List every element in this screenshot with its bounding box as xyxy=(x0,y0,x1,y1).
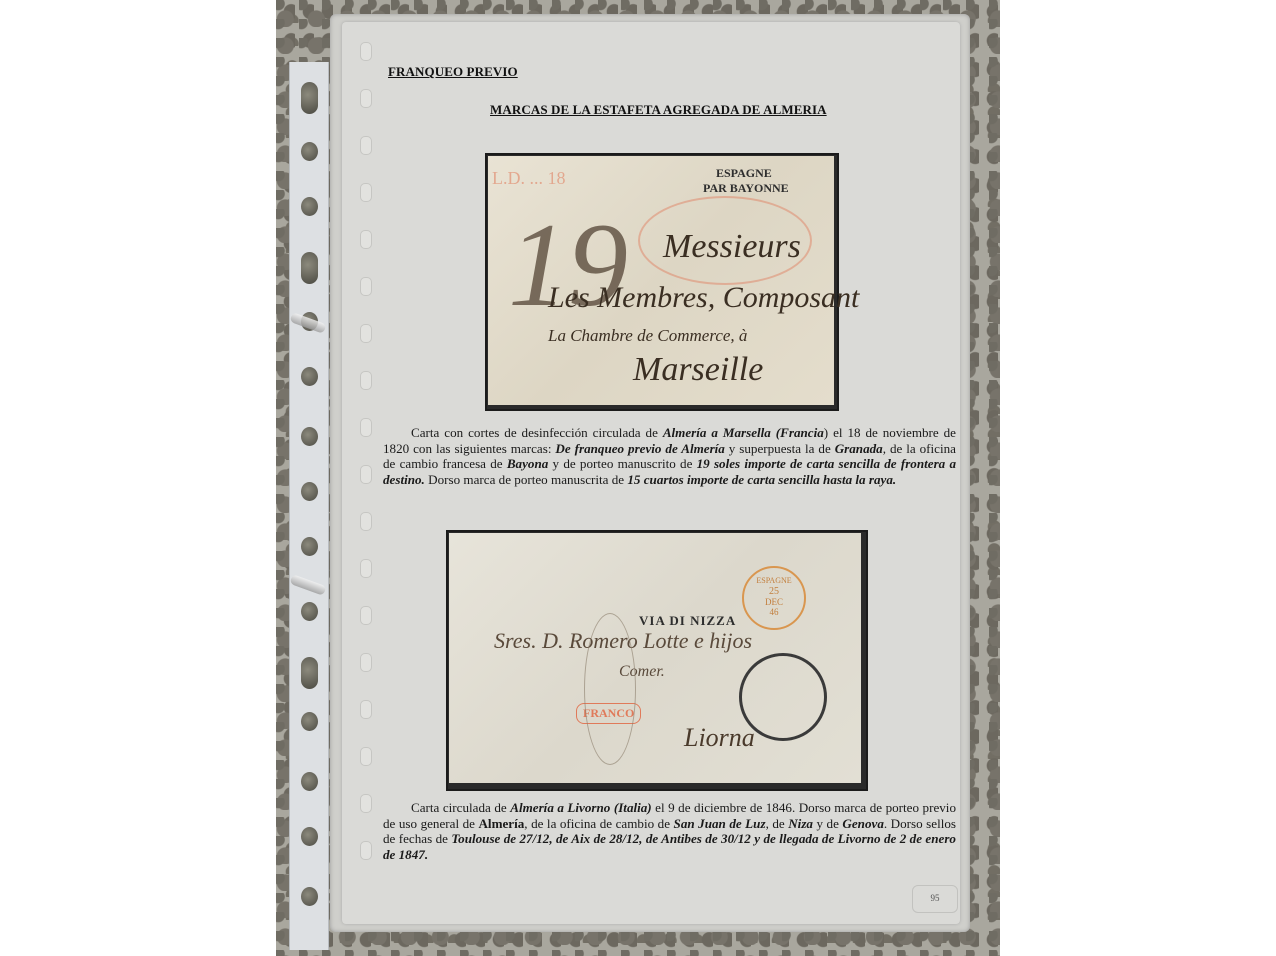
binder-hole xyxy=(301,887,318,906)
binder-hole xyxy=(301,252,318,284)
black-stamp-via-nizza: VIA DI NIZZA xyxy=(639,613,736,629)
punch-slot xyxy=(360,324,372,343)
binder-hole xyxy=(301,537,318,556)
punch-slot xyxy=(360,89,372,108)
binder-hole xyxy=(301,427,318,446)
binder-hole xyxy=(301,712,318,731)
punch-slot xyxy=(360,136,372,155)
address-line: Messieurs xyxy=(663,228,801,266)
cover-description-2: Carta circulada de Almería a Livorno (It… xyxy=(383,800,956,862)
cover-image-2: ESPAGNE 25 DEC 46 VIA DI NIZZA FRANCO Sr… xyxy=(449,533,861,783)
punch-slot xyxy=(360,794,372,813)
address-line: Liorna xyxy=(684,723,755,753)
punch-slot xyxy=(360,700,372,719)
black-stamp-espagne: ESPAGNE xyxy=(716,166,772,181)
punch-slot xyxy=(360,183,372,202)
address-line: Les Membres, Composant xyxy=(548,281,859,315)
punch-slot xyxy=(360,371,372,390)
binder-hole xyxy=(301,197,318,216)
red-stamp: L.D. ... 18 xyxy=(492,168,566,189)
page-number: 95 xyxy=(913,893,957,903)
binder-hole xyxy=(301,82,318,114)
punch-slot xyxy=(360,277,372,296)
section-header: FRANQUEO PREVIO xyxy=(388,64,518,80)
binder-hole xyxy=(301,142,318,161)
manuscript-loop xyxy=(584,613,636,765)
punch-slot xyxy=(360,418,372,437)
punch-slot xyxy=(360,606,372,625)
page-title: MARCAS DE LA ESTAFETA AGREGADA DE ALMERI… xyxy=(490,102,827,118)
black-stamp-bayonne: PAR BAYONNE xyxy=(703,181,789,196)
punch-slot xyxy=(360,512,372,531)
punch-slot xyxy=(360,42,372,61)
punch-slot xyxy=(360,653,372,672)
address-line: La Chambre de Commerce, à xyxy=(548,326,747,346)
cover-image-1: L.D. ... 18 ESPAGNE PAR BAYONNE 19 Messi… xyxy=(488,156,834,405)
punch-slot xyxy=(360,747,372,766)
binder-hole xyxy=(301,827,318,846)
binder-hole xyxy=(301,482,318,501)
punch-slot xyxy=(360,841,372,860)
binder-hole xyxy=(301,657,318,689)
cover-description-1: Carta con cortes de desinfección circula… xyxy=(383,425,956,487)
address-line: Marseille xyxy=(633,351,763,389)
red-circle-date-stamp: ESPAGNE 25 DEC 46 xyxy=(742,566,806,630)
binder-hole xyxy=(301,367,318,386)
binder-strip xyxy=(289,62,329,950)
binder-hole xyxy=(301,772,318,791)
page-number-box: 95 xyxy=(912,885,958,913)
punch-slot xyxy=(360,230,372,249)
punch-slot xyxy=(360,559,372,578)
binder-hole xyxy=(301,602,318,621)
punch-slot xyxy=(360,465,372,484)
